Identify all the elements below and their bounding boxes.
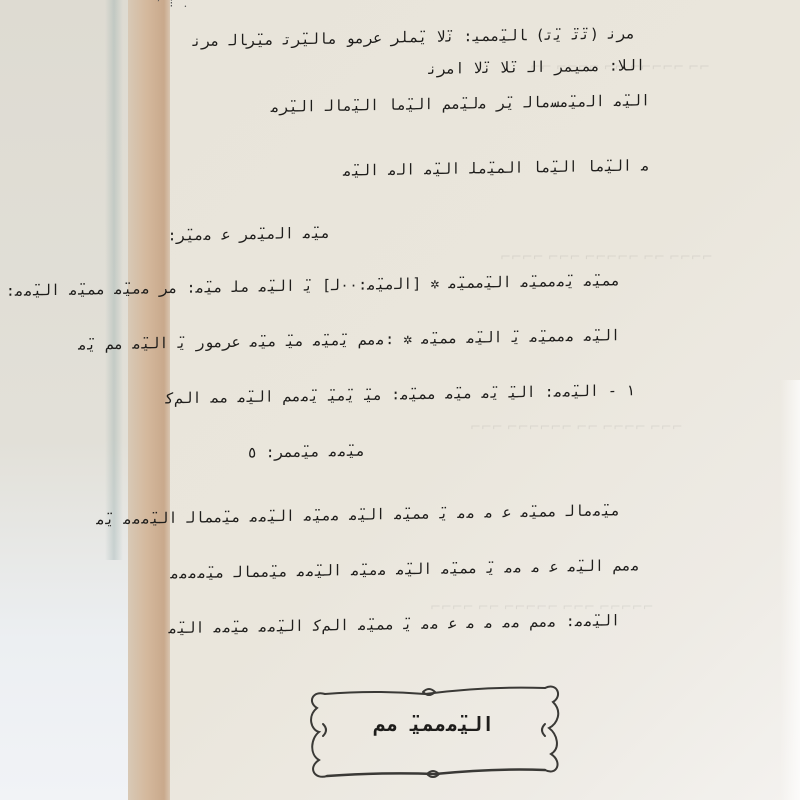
text-line-5: ﻣﯿ̈ﻣ ﺍﻟﻣﯿ̈ﻣﺮ ﻋ ﻣﻣﯿ̈ﺮ:: [180, 224, 330, 245]
header-fragment: ⸪ ⁝ ٬: [155, 0, 190, 11]
show-through-text: ⌐⌐⌐ ⌐⌐⌐⌐⌐⌐ ⌐⌐ ⌐⌐⌐⌐ ⌐⌐⌐: [470, 420, 683, 435]
page-edge-highlight: [780, 380, 800, 800]
cartouche-title: ﺍﻟﯿ̈ﻣﻣﻤﯿ̈ ﻣﻢ: [305, 712, 563, 736]
decorative-cartouche: ﺍﻟﯿ̈ﻣﻣﻤﯿ̈ ﻣﻢ: [305, 680, 563, 780]
text-line-9: ﻣﯿ̈ﻣﻣ ﻣﯿ̈ﻣﻤﺮ: ٥: [205, 442, 365, 463]
show-through-text: ⌐⌐⌐⌐ ⌐⌐⌐ ⌐⌐⌐⌐⌐ ⌐⌐ ⌐⌐⌐⌐: [500, 250, 713, 265]
